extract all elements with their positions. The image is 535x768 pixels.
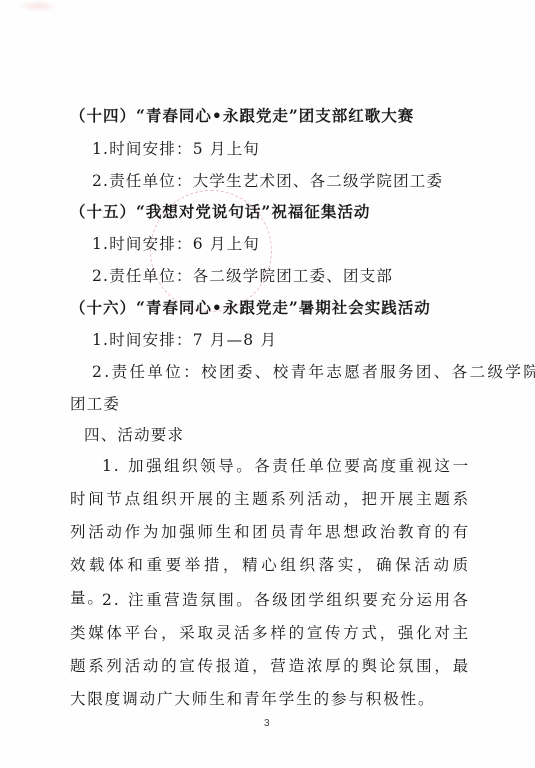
page-number: 3 bbox=[264, 718, 270, 729]
section-16-time: 1.时间安排：7 月—8 月 bbox=[92, 328, 277, 350]
section-16-title: （十六）“青春同心•永跟党走”暑期社会实践活动 bbox=[70, 296, 431, 318]
section-16-unit-cont: 团工委 bbox=[70, 392, 120, 414]
section-15-unit: 2.责任单位：各二级学院团工委、团支部 bbox=[92, 264, 393, 286]
section-15-time: 1.时间安排：6 月上旬 bbox=[92, 232, 260, 254]
requirement-paragraph-2: 2. 注重营造氛围。各级团学组织要充分运用各类媒体平台，采取灵活多样的宣传方式，… bbox=[70, 584, 470, 716]
section-14-unit: 2.责任单位：大学生艺术团、各二级学院团工委 bbox=[92, 169, 443, 191]
document-page: （十四）“青春同心•永跟党走”团支部红歌大赛 1.时间安排：5 月上旬 2.责任… bbox=[0, 0, 535, 768]
section-14-time: 1.时间安排：5 月上旬 bbox=[92, 137, 260, 159]
section-14-title: （十四）“青春同心•永跟党走”团支部红歌大赛 bbox=[70, 104, 414, 126]
scan-smudge bbox=[18, 0, 58, 12]
section-16-unit: 2.责任单位：校团委、校青年志愿者服务团、各二级学院 bbox=[92, 360, 535, 382]
section-15-title: （十五）“我想对党说句话”祝福征集活动 bbox=[70, 200, 370, 222]
requirements-heading: 四、活动要求 bbox=[84, 423, 184, 445]
